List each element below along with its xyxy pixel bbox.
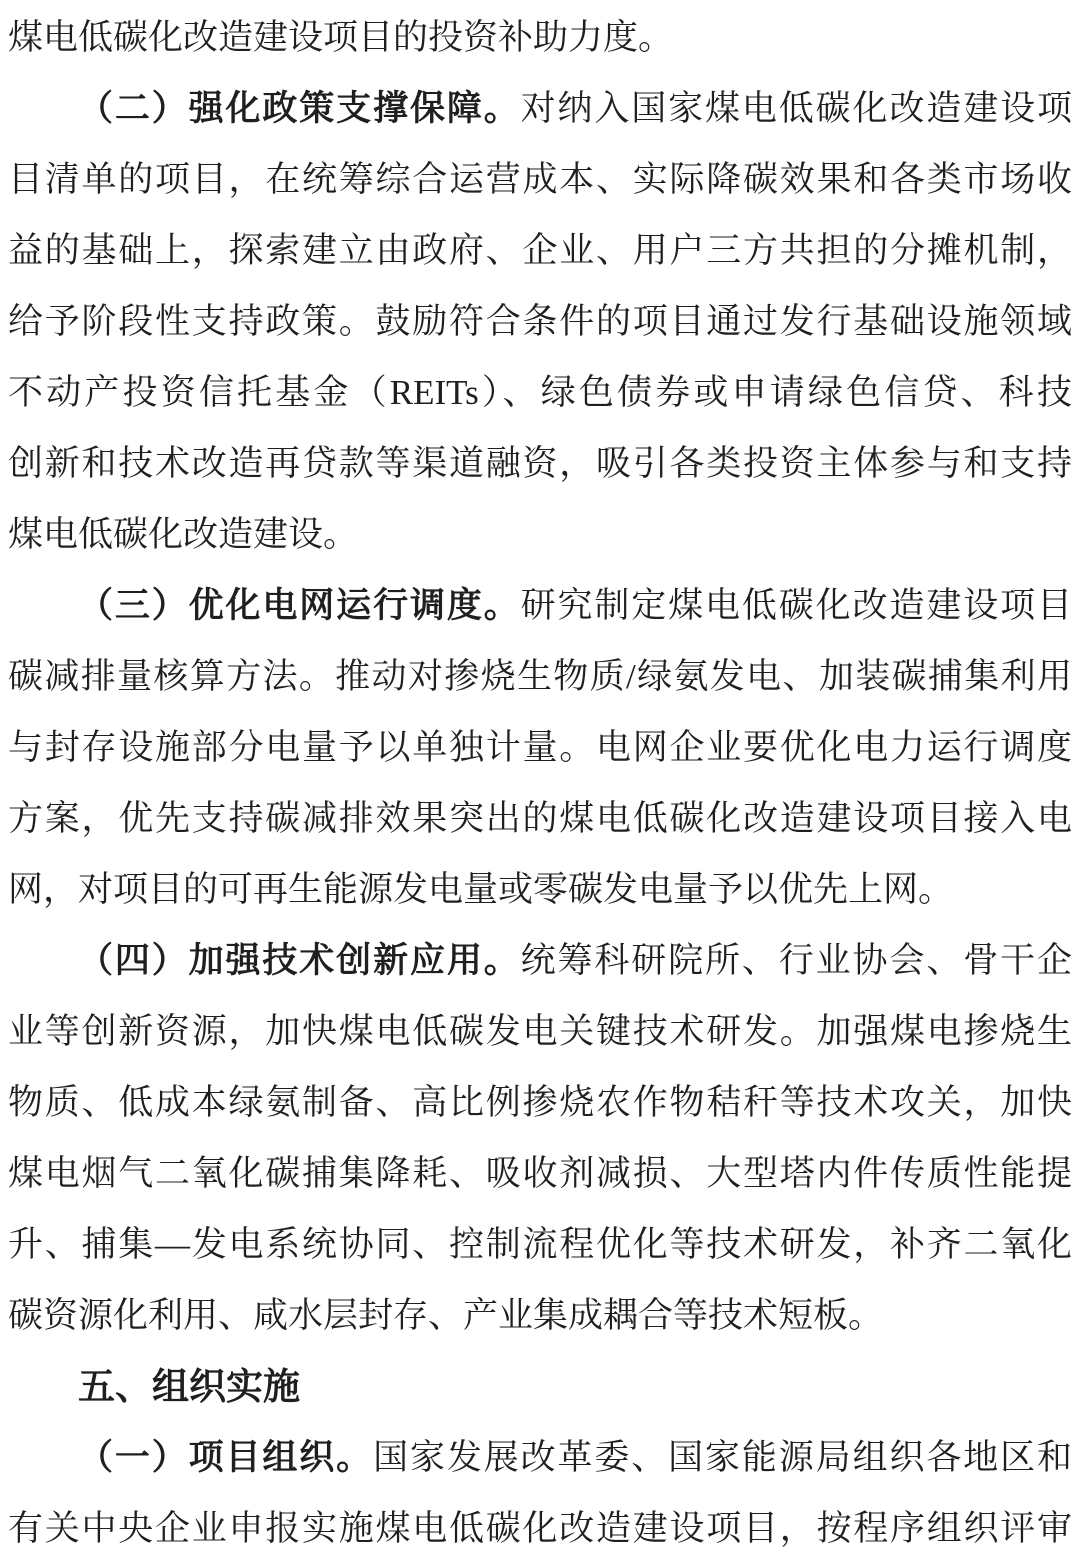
text-line: 碳资源化利用、咸水层封存、产业集成耦合等技术短板。 bbox=[8, 1280, 1072, 1351]
paragraph-lead: （二）强化政策支撑保障。 bbox=[78, 89, 521, 128]
text-run: 国家发展改革委、国家能源局组织各地区和 bbox=[373, 1438, 1072, 1477]
text-line: 升、捕集—发电系统协同、控制流程优化等技术研发，补齐二氧化 bbox=[8, 1209, 1072, 1280]
paragraph-lead: （一）项目组织。 bbox=[78, 1438, 373, 1477]
text-line: 业等创新资源，加快煤电低碳发电关键技术研发。加强煤电掺烧生 bbox=[8, 996, 1072, 1067]
paragraph-lead: （三）优化电网运行调度。 bbox=[78, 586, 521, 625]
text-line: 创新和技术改造再贷款等渠道融资，吸引各类投资主体参与和支持 bbox=[8, 428, 1072, 499]
text-line: 不动产投资信托基金（REITs）、绿色债券或申请绿色信贷、科技 bbox=[8, 357, 1072, 428]
text-run: 研究制定煤电低碳化改造建设项目 bbox=[521, 586, 1072, 625]
text-line: 方案，优先支持碳减排效果突出的煤电低碳化改造建设项目接入电 bbox=[8, 783, 1072, 854]
text-line: 煤电低碳化改造建设。 bbox=[8, 499, 1072, 570]
text-run: 对纳入国家煤电低碳化改造建设项 bbox=[521, 89, 1072, 128]
text-line: 与封存设施部分电量予以单独计量。电网企业要优化电力运行调度 bbox=[8, 712, 1072, 783]
section-heading: 五、组织实施 bbox=[8, 1351, 1072, 1422]
text-line: （二）强化政策支撑保障。对纳入国家煤电低碳化改造建设项 bbox=[8, 73, 1072, 144]
text-line: 有关中央企业申报实施煤电低碳化改造建设项目，按程序组织评审 bbox=[8, 1493, 1072, 1564]
paragraph-lead: （四）加强技术创新应用。 bbox=[78, 941, 521, 980]
text-line: （一）项目组织。国家发展改革委、国家能源局组织各地区和 bbox=[8, 1422, 1072, 1493]
text-line: （四）加强技术创新应用。统筹科研院所、行业协会、骨干企 bbox=[8, 925, 1072, 996]
text-line: （三）优化电网运行调度。研究制定煤电低碳化改造建设项目 bbox=[8, 570, 1072, 641]
text-line: 碳减排量核算方法。推动对掺烧生物质/绿氨发电、加装碳捕集利用 bbox=[8, 641, 1072, 712]
text-line: 益的基础上，探索建立由政府、企业、用户三方共担的分摊机制， bbox=[8, 215, 1072, 286]
text-line: 网，对项目的可再生能源发电量或零碳发电量予以优先上网。 bbox=[8, 854, 1072, 925]
text-line: 煤电低碳化改造建设项目的投资补助力度。 bbox=[8, 2, 1072, 73]
text-line: 目清单的项目，在统筹综合运营成本、实际降碳效果和各类市场收 bbox=[8, 144, 1072, 215]
text-line: 物质、低成本绿氨制备、高比例掺烧农作物秸秆等技术攻关，加快 bbox=[8, 1067, 1072, 1138]
text-line: 给予阶段性支持政策。鼓励符合条件的项目通过发行基础设施领域 bbox=[8, 286, 1072, 357]
policy-document-page: 煤电低碳化改造建设项目的投资补助力度。 （二）强化政策支撑保障。对纳入国家煤电低… bbox=[0, 0, 1080, 1564]
text-line: 煤电烟气二氧化碳捕集降耗、吸收剂减损、大型塔内件传质性能提 bbox=[8, 1138, 1072, 1209]
text-run: 统筹科研院所、行业协会、骨干企 bbox=[521, 941, 1072, 980]
